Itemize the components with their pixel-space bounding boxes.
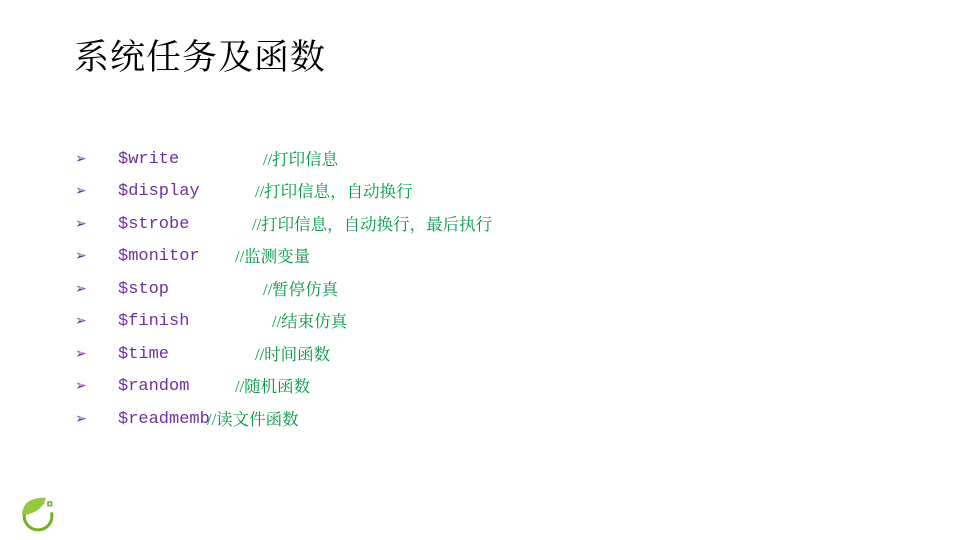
list-item: ➢ $strobe //打印信息，自动换行，最后执行 — [75, 214, 855, 238]
logo-square-dot — [48, 502, 52, 506]
list-item: ➢ $monitor //监测变量 — [75, 246, 855, 270]
system-task-name: $time — [118, 344, 169, 366]
comment-text: //随机函数 — [235, 376, 310, 398]
comment-text: //打印信息 — [263, 149, 338, 171]
arrow-bullet-icon: ➢ — [75, 313, 87, 331]
system-task-name: $write — [118, 149, 179, 171]
arrow-bullet-icon: ➢ — [75, 216, 87, 234]
list-item: ➢ $random //随机函数 — [75, 376, 855, 400]
list-item: ➢ $stop //暂停仿真 — [75, 279, 855, 303]
arrow-bullet-icon: ➢ — [75, 248, 87, 266]
system-task-name: $readmemb — [118, 409, 210, 431]
system-task-name: $stop — [118, 279, 169, 301]
system-task-name: $display — [118, 181, 200, 203]
system-task-name: $finish — [118, 311, 189, 333]
comment-text: //监测变量 — [235, 246, 310, 268]
comment-text: //打印信息，自动换行 — [255, 181, 413, 203]
arrow-bullet-icon: ➢ — [75, 378, 87, 396]
arrow-bullet-icon: ➢ — [75, 151, 87, 169]
comment-text: //读文件函数 — [207, 409, 299, 431]
system-task-name: $random — [118, 376, 189, 398]
list-item: ➢ $display //打印信息，自动换行 — [75, 181, 855, 205]
arrow-bullet-icon: ➢ — [75, 346, 87, 364]
list-item: ➢ $time //时间函数 — [75, 344, 855, 368]
arrow-bullet-icon: ➢ — [75, 411, 87, 429]
arrow-bullet-icon: ➢ — [75, 281, 87, 299]
list-item: ➢ $write //打印信息 — [75, 149, 855, 173]
comment-text: //打印信息，自动换行，最后执行 — [252, 214, 492, 236]
system-task-name: $strobe — [118, 214, 189, 236]
arrow-bullet-icon: ➢ — [75, 183, 87, 201]
logo-leaf — [22, 498, 46, 515]
slide-canvas: 系统任务及函数 ➢ $write //打印信息 ➢ $display //打印信… — [0, 0, 960, 540]
comment-text: //结束仿真 — [272, 311, 347, 333]
comment-text: //时间函数 — [255, 344, 330, 366]
list-item: ➢ $finish //结束仿真 — [75, 311, 855, 335]
leaf-circle-logo-icon — [18, 494, 60, 536]
system-task-name: $monitor — [118, 246, 200, 268]
page-title: 系统任务及函数 — [74, 30, 326, 80]
comment-text: //暂停仿真 — [263, 279, 338, 301]
list-item: ➢ $readmemb //读文件函数 — [75, 409, 855, 433]
